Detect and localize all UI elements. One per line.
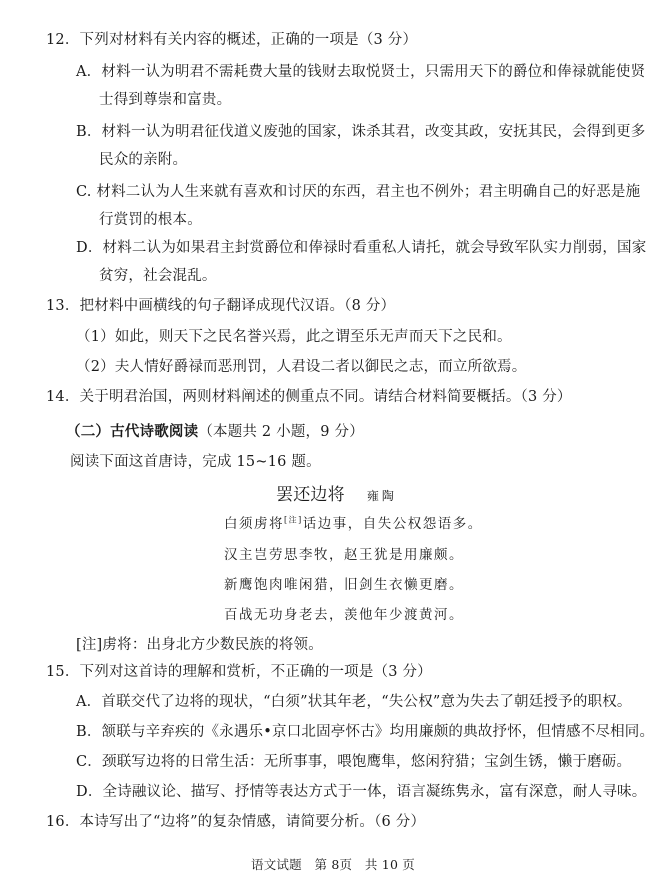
poem-line-4: 百战无功身老去，羡他年少渡黄河。 [224,603,464,623]
section-title: （二）古代诗歌阅读 [66,423,198,440]
page-footer: 语文试题 第 8页 共 10 页 [0,855,666,873]
poem-author: 雍陶 [367,489,397,503]
q12-option-b: B．材料一认为明君征伐道义废弛的国家，诛杀其君，改变其政，安抚其民，会得到更多 [76,120,645,141]
poem-line-3: 新鹰饱肉唯闲猎，旧剑生衣懒更磨。 [224,573,464,593]
q12-option-a-cont: 士得到尊崇和富贵。 [99,88,231,109]
q14-stem: 14．关于明君治国，两则材料阐述的侧重点不同。请结合材料简要概括。（3 分） [46,385,572,406]
poem-heading: 罢还边将雍陶 [276,480,397,505]
q15-stem: 15．下列对这首诗的理解和赏析，不正确的一项是（3 分） [46,660,432,681]
q12-option-b-cont: 民众的亲附。 [99,148,187,169]
q16-stem: 16．本诗写出了“边将”的复杂情感，请简要分析。（6 分） [46,810,425,831]
q12-option-c-cont: 行赏罚的根本。 [99,208,202,229]
footnote-marker: [注] [284,516,303,525]
q12-option-a: A．材料一认为明君不需耗费大量的钱财去取悦贤士，只需用天下的爵位和俸禄就能使贤 [76,60,645,81]
q15-option-a: A．首联交代了边将的现状，“白须”状其年老，“失公权”意为失去了朝廷授予的职权。 [76,690,632,711]
q15-option-c: C．颈联写边将的日常生活：无所事事，喂饱鹰隼，悠闲狩猎；宝剑生锈，懒于磨砺。 [76,750,631,771]
q12-option-c: C. 材料二认为人生来就有喜欢和讨厌的东西，君主也不例外；君主明确自己的好恶是施 [76,180,640,201]
poem-line-1: 白须虏将[注]话边事，自失公权怨语多。 [224,512,483,532]
q12-stem: 12．下列对材料有关内容的概述，正确的一项是（3 分） [46,28,417,49]
q15-option-b: B．颔联与辛弃疾的《永遇乐•京口北固亭怀古》均用廉颇的典故抒怀，但情感不尽相同。 [76,720,654,741]
q13-item-2: （2）夫人情好爵禄而恶刑罚，人君设二者以御民之志，而立所欲焉。 [76,355,526,376]
section-intro: 阅读下面这首唐诗，完成 15~16 题。 [70,450,321,471]
section-info: （本题共 2 小题，9 分） [198,424,364,440]
poem-line-text: 话边事，自失公权怨语多。 [303,516,483,532]
poem-title: 罢还边将 [276,485,345,505]
poem-line-text: 白须虏将 [224,516,284,532]
q13-stem: 13．把材料中画横线的句子翻译成现代汉语。（8 分） [46,294,395,315]
q12-option-d: D．材料二认为如果君主封赏爵位和俸禄时看重私人请托，就会导致军队实力削弱，国家 [76,236,646,257]
q15-option-d: D．全诗融议论、描写、抒情等表达方式于一体，语言凝练隽永，富有深意，耐人寻味。 [76,780,646,801]
section-heading: （二）古代诗歌阅读（本题共 2 小题，9 分） [66,420,364,441]
poem-line-2: 汉主岂劳思李牧，赵王犹是用廉颇。 [224,543,464,563]
q13-item-1: （1）如此，则天下之民名誉兴焉，此之谓至乐无声而天下之民和。 [76,325,512,346]
q12-option-d-cont: 贫穷，社会混乱。 [99,264,217,285]
poem-footnote: [注]虏将：出身北方少数民族的将领。 [76,633,323,654]
